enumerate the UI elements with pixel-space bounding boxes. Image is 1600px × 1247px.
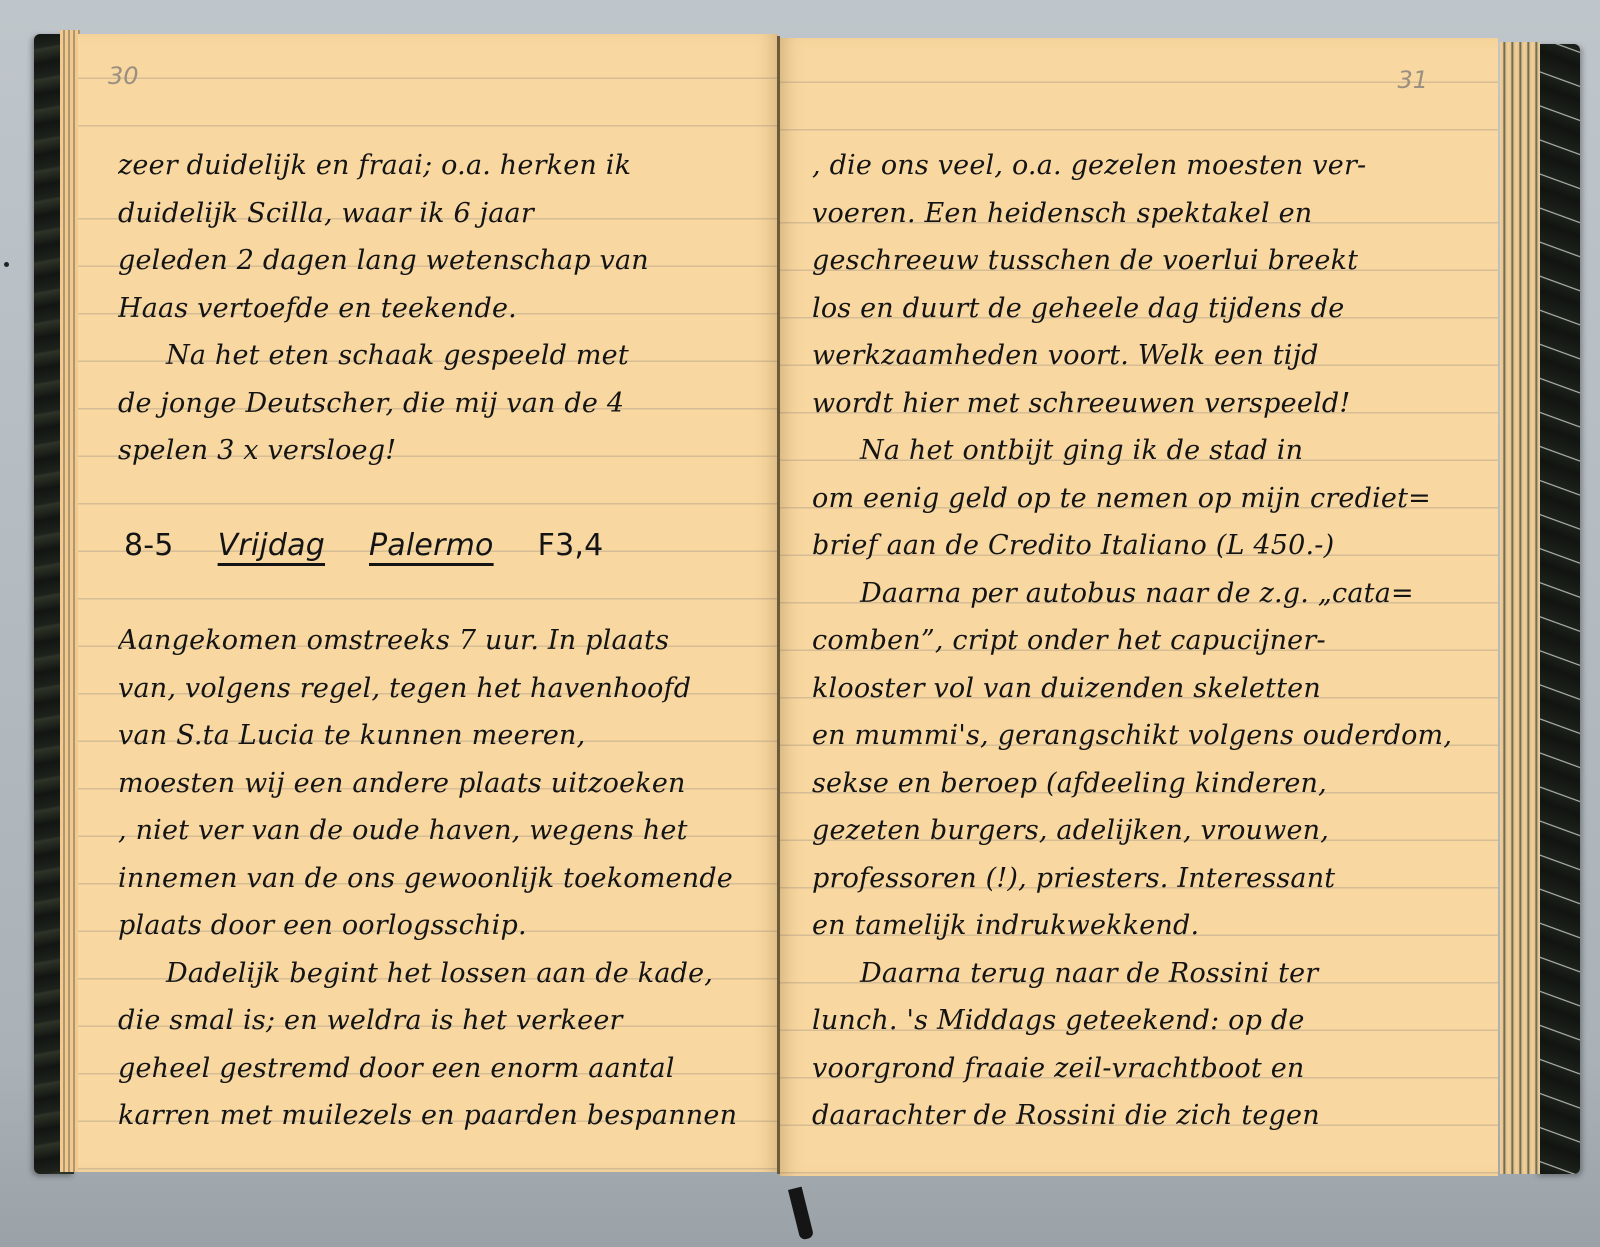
- scan-speck: [4, 262, 9, 267]
- text-line: spelen 3 x versloeg!: [118, 427, 748, 475]
- text-line: plaats door een oorlogsschip.: [118, 902, 748, 950]
- text-line: comben”, cript onder het capucijner-: [812, 617, 1458, 665]
- text-line: zeer duidelijk en fraai; o.a. herken ik: [118, 142, 748, 190]
- text-line: en tamelijk indrukwekkend.: [812, 902, 1458, 950]
- right-page: 31 , die ons veel, o.a. gezelen moesten …: [780, 38, 1498, 1176]
- text-line: Daarna per autobus naar de z.g. „cata=: [812, 570, 1458, 618]
- text-line: de jonge Deutscher, die mij van de 4: [118, 380, 748, 428]
- text-line: van, volgens regel, tegen het havenhoofd: [118, 665, 748, 713]
- text-line: , die ons veel, o.a. gezelen moesten ver…: [812, 142, 1458, 190]
- text-line: karren met muilezels en paarden bespanne…: [118, 1092, 748, 1140]
- text-line: Dadelijk begint het lossen aan de kade,: [118, 950, 748, 998]
- text-line: geschreeuw tusschen de voerlui breekt: [812, 237, 1458, 285]
- text-line: Na het eten schaak gespeeld met: [118, 332, 748, 380]
- text-line: geleden 2 dagen lang wetenschap van: [118, 237, 748, 285]
- text-line: Daarna terug naar de Rossini ter: [812, 950, 1458, 998]
- text-line: van S.ta Lucia te kunnen meeren,: [118, 712, 748, 760]
- blank-line: [118, 475, 748, 523]
- text-line: professoren (!), priesters. Interessant: [812, 855, 1458, 903]
- blank-line: [118, 570, 748, 618]
- bookmark-ribbon: [788, 1187, 814, 1241]
- text-line: moesten wij een andere plaats uitzoeken: [118, 760, 748, 808]
- text-line: sekse en beroep (afdeeling kinderen,: [812, 760, 1458, 808]
- heading-place: Palermo: [369, 522, 494, 570]
- left-page-text: zeer duidelijk en fraai; o.a. herken ik …: [118, 142, 748, 1140]
- text-line: innemen van de ons gewoonlijk toekomende: [118, 855, 748, 903]
- heading-date: 8-5: [124, 522, 174, 570]
- text-line: voorgrond fraaie zeil-vrachtboot en: [812, 1045, 1458, 1093]
- heading-note: F3,4: [538, 522, 604, 570]
- left-page: 30 zeer duidelijk en fraai; o.a. herken …: [78, 34, 778, 1172]
- heading-weekday: Vrijdag: [218, 522, 325, 570]
- text-line: Na het ontbijt ging ik de stad in: [812, 427, 1458, 475]
- text-line: lunch. 's Middags geteekend: op de: [812, 997, 1458, 1045]
- date-heading: 8-5 Vrijdag Palermo F3,4: [118, 522, 748, 570]
- text-line: die smal is; en weldra is het verkeer: [118, 997, 748, 1045]
- text-line: duidelijk Scilla, waar ik 6 jaar: [118, 190, 748, 238]
- text-line: , niet ver van de oude haven, wegens het: [118, 807, 748, 855]
- text-line: klooster vol van duizenden skeletten: [812, 665, 1458, 713]
- right-page-text: , die ons veel, o.a. gezelen moesten ver…: [812, 142, 1458, 1140]
- text-line: Haas vertoefde en teekende.: [118, 285, 748, 333]
- text-line: werkzaamheden voort. Welk een tijd: [812, 332, 1458, 380]
- page-edges-right: [1500, 42, 1540, 1174]
- text-line: om eenig geld op te nemen op mijn credie…: [812, 475, 1458, 523]
- cover-right-marbled: [1536, 44, 1580, 1174]
- text-line: en mummi's, gerangschikt volgens ouderdo…: [812, 712, 1458, 760]
- page-number-left: 30: [108, 62, 139, 90]
- text-line: brief aan de Credito Italiano (L 450.-): [812, 522, 1458, 570]
- page-number-right: 31: [1397, 66, 1428, 94]
- text-line: los en duurt de geheele dag tijdens de: [812, 285, 1458, 333]
- text-line: gezeten burgers, adelijken, vrouwen,: [812, 807, 1458, 855]
- text-line: Aangekomen omstreeks 7 uur. In plaats: [118, 617, 748, 665]
- text-line: voeren. Een heidensch spektakel en: [812, 190, 1458, 238]
- text-line: wordt hier met schreeuwen verspeeld!: [812, 380, 1458, 428]
- notebook-spread: 30 zeer duidelijk en fraai; o.a. herken …: [20, 28, 1580, 1200]
- page-edges-left: [60, 30, 80, 1172]
- text-line: geheel gestremd door een enorm aantal: [118, 1045, 748, 1093]
- text-line: daarachter de Rossini die zich tegen: [812, 1092, 1458, 1140]
